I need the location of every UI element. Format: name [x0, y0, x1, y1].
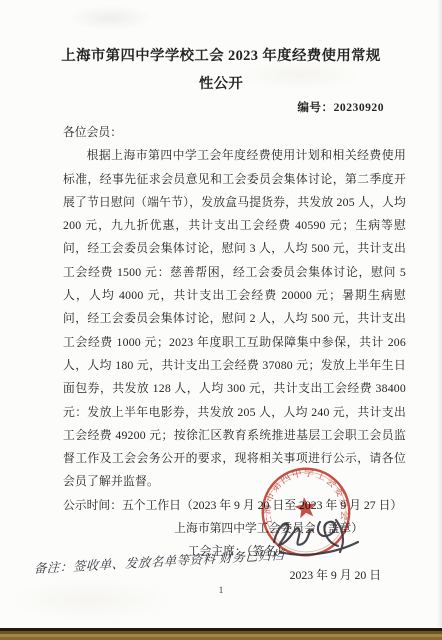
scanned-document-page: 上海市第四中学学校工会 2023 年度经费使用常规性公开 编号：20230920…	[0, 0, 442, 640]
page-number: 1	[0, 585, 442, 595]
document-number: 编号：20230920	[297, 99, 384, 115]
document-number-value: 20230920	[334, 101, 384, 114]
issuer-line: 上海市第四中学工会委员会（盖章）	[63, 517, 406, 540]
salutation: 各位会员：	[63, 121, 406, 144]
document-title: 上海市第四中学学校工会 2023 年度经费使用常规性公开	[60, 42, 382, 98]
paper-edge-shadow	[437, 0, 442, 640]
body-paragraph: 根据上海市第四中学工会年度经费使用计划和相关经费使用标准，经事先征求会员意见和工…	[63, 144, 406, 493]
table-edge	[0, 627, 442, 640]
document-body: 各位会员： 根据上海市第四中学工会年度经费使用计划和相关经费使用标准，经事先征求…	[63, 121, 406, 587]
document-number-label: 编号：	[297, 101, 333, 114]
publicity-period-line: 公示时间：五个工作日（2023 年 9 月 20 日至 2023 年 9 月 2…	[63, 494, 406, 517]
